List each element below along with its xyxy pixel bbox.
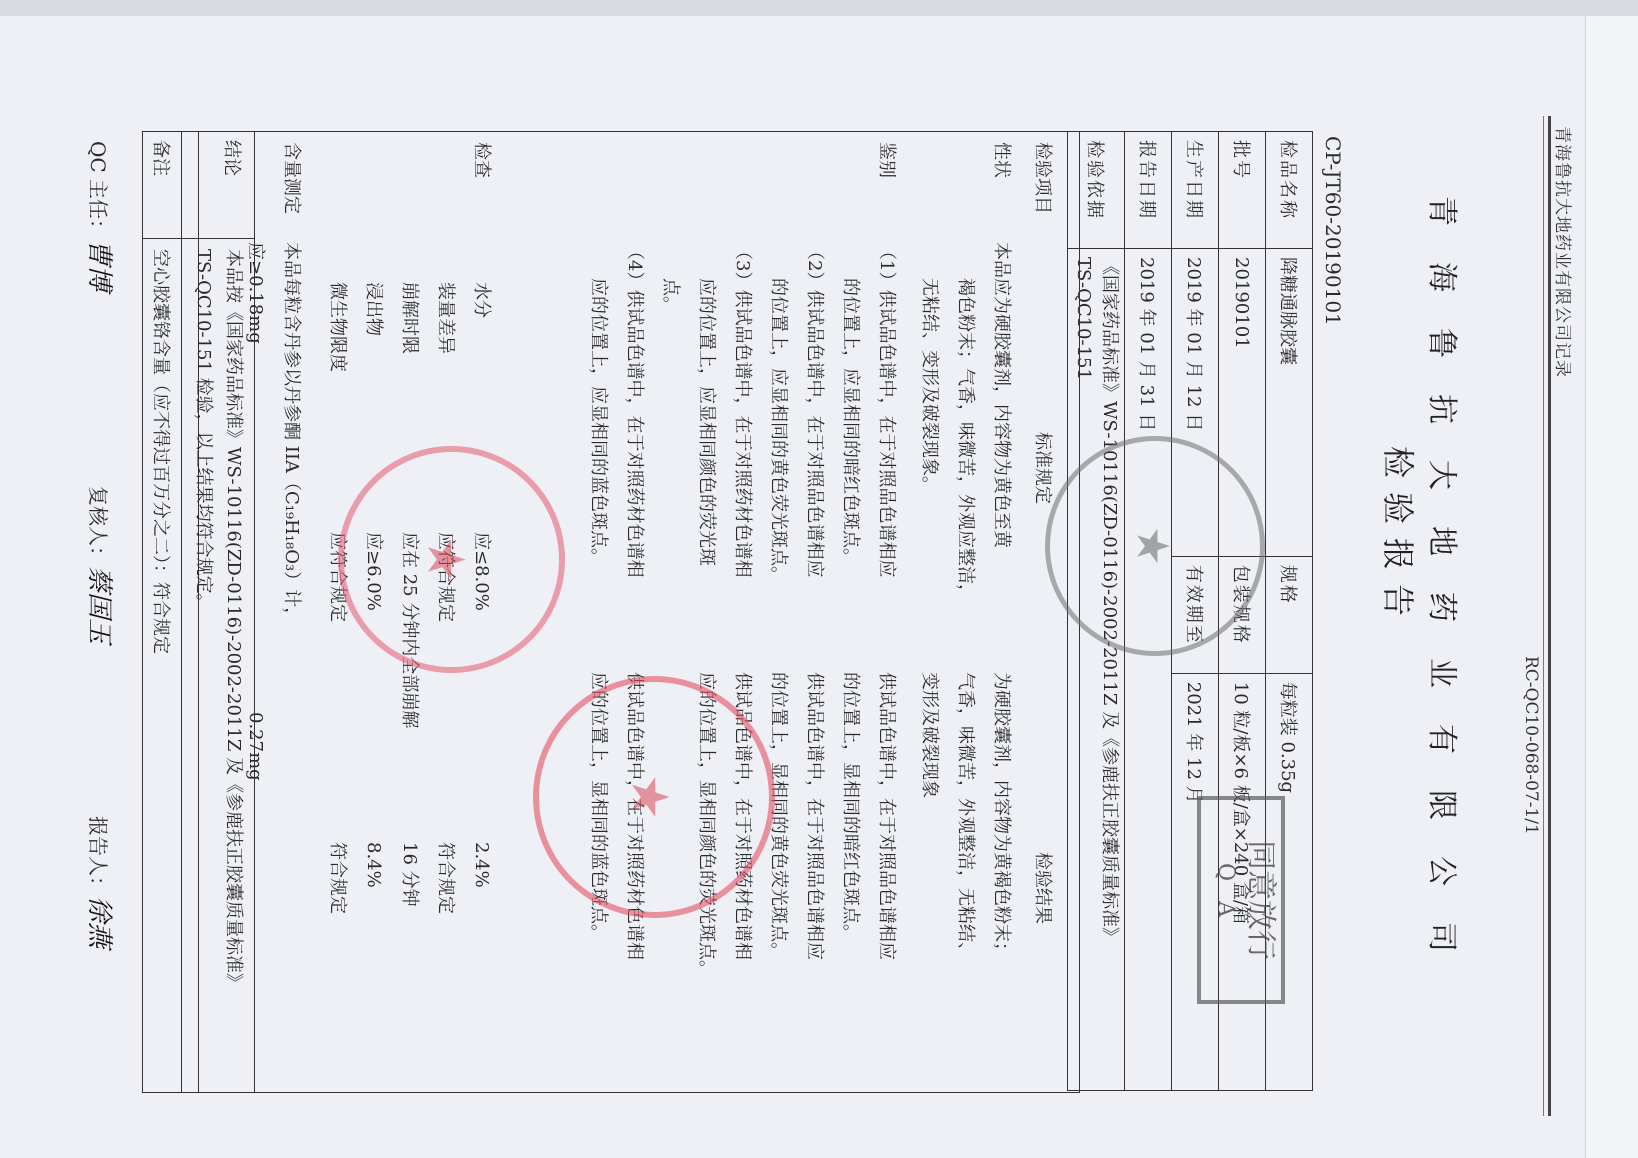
spec-label: 规格 bbox=[1266, 556, 1313, 673]
ident-standard-3: （3）供试品色谱中，在于对照药材色谱相 应的位置上，应显相同颜色的荧光斑 点。 bbox=[652, 242, 760, 662]
conclusion-label: 结论 bbox=[182, 132, 254, 239]
ident-result-1: 供试品色谱中，在于对照品色谱相应 的位置上，显相同的暗红色斑点。 bbox=[832, 672, 904, 978]
inspection-list: 水分应≤8.0%2.4%装量差异应符合规定符合规定崩解时限应在 25 分钟内全部… bbox=[319, 282, 499, 1082]
reviewer-label: 复核人： bbox=[86, 486, 110, 566]
text-line: 为硬胶囊剂，内容物为黄褐色粉末； bbox=[983, 672, 1019, 960]
production-date: 2019 年 01 月 12 日 bbox=[1172, 249, 1219, 557]
qa-stamp-text: 同意放行 bbox=[1243, 840, 1278, 960]
form-code: RC-QC10-068-07-1/1 bbox=[1521, 656, 1541, 835]
text-line: 供试品色谱中，在于对照药材色谱相 bbox=[616, 672, 652, 978]
reporter-signature: 报告人：徐燕 bbox=[83, 816, 120, 948]
inspection-result: 符合规定 bbox=[319, 842, 355, 914]
scan-right-edge bbox=[1585, 16, 1638, 1158]
column-result: 检验结果 bbox=[1031, 852, 1057, 924]
ident-standard-1: （1）供试品色谱中，在于对照品色谱相应 的位置上，应显相同的暗红色斑点。 bbox=[832, 242, 904, 662]
inspection-item: 装量差异应符合规定符合规定 bbox=[427, 282, 463, 1082]
appearance-category: 性状 bbox=[983, 142, 1019, 232]
text-line: 本品应为硬胶囊剂，内容物为黄色至黄 bbox=[983, 242, 1019, 602]
package-label: 包装规格 bbox=[1219, 556, 1266, 673]
remarks-text: 空心胶囊铬含量（应不得过百万分之二）：符合规定 bbox=[143, 239, 181, 664]
ident-standard-4: （4）供试品色谱中，在于对照药材色谱相 应的位置上，应显相同的蓝色斑点。 bbox=[580, 242, 652, 662]
qa-stamp-sub: QA bbox=[1211, 800, 1239, 1000]
results-table: 检验项目 标准规定 检验结果 性状 本品应为硬胶囊剂，内容物为黄色至黄 褐色粉末… bbox=[198, 131, 1080, 1093]
report-date: 2019 年 01 月 31 日 bbox=[1125, 249, 1172, 1091]
production-date-label: 生产日期 bbox=[1172, 132, 1219, 249]
assay-category: 含量测定 bbox=[273, 142, 309, 232]
conclusion-row: 结论 本品按《国家药品标准》WS-10116(ZD-0116)-2002-201… bbox=[181, 132, 254, 1092]
text-line: 供试品色谱中，在于对照品色谱相应 bbox=[868, 672, 904, 978]
inspection-result: 符合规定 bbox=[427, 842, 463, 914]
text-line: 无粘结、变形及破裂现象。 bbox=[911, 242, 947, 602]
inspection-result: 16 分钟 bbox=[391, 842, 427, 907]
scan-top-border bbox=[0, 0, 1638, 16]
conclusion-remarks-box: 结论 本品按《国家药品标准》WS-10116(ZD-0116)-2002-201… bbox=[142, 131, 255, 1093]
expiry-label: 有效期至 bbox=[1172, 556, 1219, 673]
qc-handwriting: 曹博 bbox=[84, 239, 114, 291]
identification-category: 鉴别 bbox=[868, 142, 904, 232]
inspection-standard: 应符合规定 bbox=[427, 532, 463, 622]
inspection-result: 8.4% bbox=[355, 842, 391, 888]
ident-result-4: 供试品色谱中，在于对照药材色谱相 应的位置上，显相同的蓝色斑点。 bbox=[580, 672, 652, 978]
inspection-result: 2.4% bbox=[463, 842, 499, 888]
appearance-standard: 本品应为硬胶囊剂，内容物为黄色至黄 褐色粉末；气香，味微苦，外观应整洁， 无粘结… bbox=[911, 242, 1019, 602]
company-record-header: 青海鲁抗大地药业有限公司记录 bbox=[1552, 126, 1577, 378]
qc-label: QC 主任： bbox=[86, 141, 110, 239]
report-date-label: 报告日期 bbox=[1125, 132, 1172, 249]
inspection-name: 微生物限度 bbox=[319, 282, 355, 372]
reporter-handwriting: 徐燕 bbox=[84, 896, 114, 948]
inspection-name: 浸出物 bbox=[355, 282, 391, 336]
text-line: 应的位置上，应显相同颜色的荧光斑 bbox=[688, 242, 724, 662]
identification-results: 供试品色谱中，在于对照品色谱相应 的位置上，显相同的暗红色斑点。 供试品色谱中，… bbox=[580, 672, 904, 978]
text-line: 应的位置上，显相同颜色的荧光斑点。 bbox=[688, 672, 724, 978]
ident-standard-2: （2）供试品色谱中，在于对照品色谱相应 的位置上，应显相同的黄色荧光斑点。 bbox=[760, 242, 832, 662]
ident-result-3: 供试品色谱中，在于对照药材色谱相 应的位置上，显相同颜色的荧光斑点。 bbox=[652, 672, 760, 978]
inspection-standard: 应在 25 分钟内全部崩解 bbox=[391, 532, 427, 728]
inspection-standard: 应≥6.0% bbox=[355, 532, 391, 611]
text-line: TS-QC10-151 检验，以上结果均符合规定。 bbox=[188, 249, 218, 991]
reviewer-signature: 复核人：蔡国玉 bbox=[83, 486, 120, 644]
basis-line-1: 《国家药品标准》WS-10116(ZD-0116)-2002-2011Z 及《参… bbox=[1096, 257, 1122, 1082]
spacer-line bbox=[652, 672, 688, 978]
text-line: （1）供试品色谱中，在于对照品色谱相应 bbox=[868, 242, 904, 662]
conclusion-text: 本品按《国家药品标准》WS-10116(ZD-0116)-2002-2011Z … bbox=[182, 239, 254, 1001]
info-row: 报告日期 2019 年 01 月 31 日 bbox=[1125, 132, 1172, 1091]
inspection-report-page: 青海鲁抗大地药业有限公司记录 RC-QC10-068-07-1/1 青海鲁抗大地… bbox=[25, 16, 1585, 1158]
reviewer-handwriting: 蔡国玉 bbox=[84, 566, 114, 644]
qc-signature: QC 主任：曹博 bbox=[83, 141, 120, 291]
text-line: 本品按《国家药品标准》WS-10116(ZD-0116)-2002-2011Z … bbox=[218, 249, 248, 991]
inspection-standard: 应符合规定 bbox=[319, 532, 355, 622]
text-line: 的位置上，显相同的黄色荧光斑点。 bbox=[760, 672, 796, 978]
text-line: 供试品色谱中，在于对照品色谱相应 bbox=[796, 672, 832, 978]
batch: 20190101 bbox=[1219, 249, 1266, 557]
remarks-row: 备注 空心胶囊铬含量（应不得过百万分之二）：符合规定 bbox=[143, 132, 181, 1092]
text-line: （4）供试品色谱中，在于对照药材色谱相 bbox=[616, 242, 652, 662]
header-rule bbox=[1543, 116, 1551, 1116]
product-name-label: 检品名称 bbox=[1266, 132, 1313, 249]
document-number: CP-JT60-20190101 bbox=[1321, 136, 1345, 326]
text-line: 应的位置上，显相同的蓝色斑点。 bbox=[580, 672, 616, 978]
batch-label: 批号 bbox=[1219, 132, 1266, 249]
company-title: 青海鲁抗大地药业有限公司 bbox=[1423, 196, 1467, 988]
text-line: 本品每粒含丹参以丹参酮 IIA（C₁₉H₁₈O₃）计， bbox=[273, 242, 309, 625]
product-name: 降糖通脉胶囊 bbox=[1266, 249, 1313, 557]
text-line: 气香，味微苦，外观整洁，无粘结、 bbox=[947, 672, 983, 960]
column-standard: 标准规定 bbox=[1031, 432, 1057, 504]
text-line: 变形及破裂现象 bbox=[911, 672, 947, 960]
report-title: 检验报告 bbox=[1377, 446, 1423, 630]
appearance-result: 为硬胶囊剂，内容物为黄褐色粉末； 气香，味微苦，外观整洁，无粘结、 变形及破裂现… bbox=[911, 672, 1019, 960]
text-line: 应的位置上，应显相同的蓝色斑点。 bbox=[580, 242, 616, 662]
inspection-item: 浸出物应≥6.0%8.4% bbox=[355, 282, 391, 1082]
text-line: 供试品色谱中，在于对照药材色谱相 bbox=[724, 672, 760, 978]
inspection-item: 水分应≤8.0%2.4% bbox=[463, 282, 499, 1082]
text-line: 的位置上，应显相同的黄色荧光斑点。 bbox=[760, 242, 796, 662]
inspection-name: 崩解时限 bbox=[391, 282, 427, 354]
inspection-name: 装量差异 bbox=[427, 282, 463, 354]
inspection-standard: 应≤8.0% bbox=[463, 532, 499, 611]
inspection-item: 崩解时限应在 25 分钟内全部崩解16 分钟 bbox=[391, 282, 427, 1082]
text-line: （2）供试品色谱中，在于对照品色谱相应 bbox=[796, 242, 832, 662]
text-line: 褐色粉末；气香，味微苦，外观应整洁， bbox=[947, 242, 983, 602]
text-line: 点。 bbox=[652, 242, 688, 662]
text-line: 的位置上，应显相同的暗红色斑点。 bbox=[832, 242, 868, 662]
ident-result-2: 供试品色谱中，在于对照品色谱相应 的位置上，显相同的黄色荧光斑点。 bbox=[760, 672, 832, 978]
identification-standards: （1）供试品色谱中，在于对照品色谱相应 的位置上，应显相同的暗红色斑点。 （2）… bbox=[580, 242, 904, 662]
text-line: 的位置上，显相同的暗红色斑点。 bbox=[832, 672, 868, 978]
reporter-label: 报告人： bbox=[86, 816, 110, 896]
inspection-name: 水分 bbox=[463, 282, 499, 318]
column-item: 检验项目 bbox=[1031, 142, 1057, 214]
text-line: （3）供试品色谱中，在于对照药材色谱相 bbox=[724, 242, 760, 662]
qa-release-stamp: 同意放行 QA bbox=[1197, 796, 1285, 1004]
inspection-item: 微生物限度应符合规定符合规定 bbox=[319, 282, 355, 1082]
remarks-label: 备注 bbox=[143, 132, 181, 239]
inspection-category: 检查 bbox=[463, 142, 499, 232]
